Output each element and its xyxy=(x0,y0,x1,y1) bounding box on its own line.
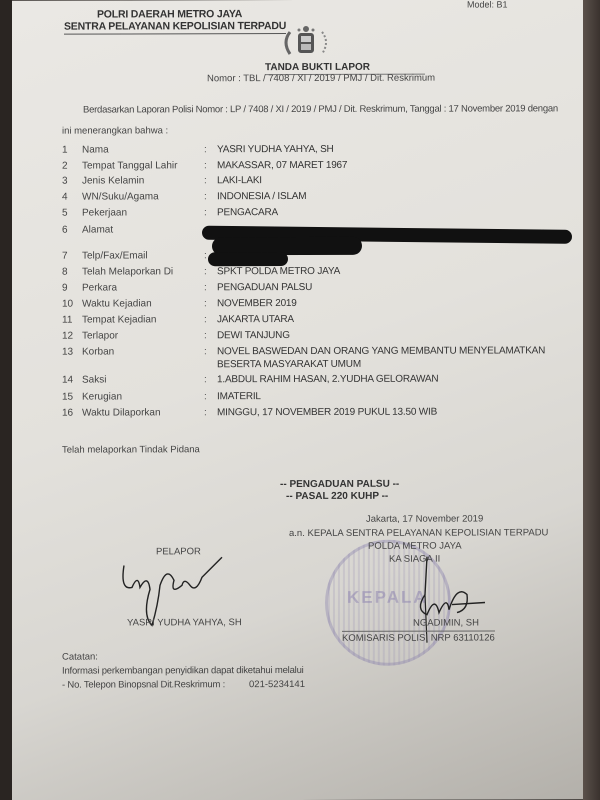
field-label: Telp/Fax/Email xyxy=(82,250,148,261)
field-label: Terlapor xyxy=(82,330,118,341)
notes-phone-label: - No. Telepon Binopsnal Dit.Reskrimum : xyxy=(62,679,225,690)
field-value: DEWI TANJUNG xyxy=(217,330,290,341)
field-label: Pekerjaan xyxy=(82,207,127,218)
intro-line-1: Berdasarkan Laporan Polisi Nomor : LP / … xyxy=(83,103,558,115)
org-line-1: POLRI DAERAH METRO JAYA xyxy=(97,8,242,20)
field-number: 2 xyxy=(62,161,82,172)
police-emblem-icon xyxy=(280,24,332,60)
unit-name: POLDA METRO JAYA xyxy=(368,541,462,552)
field-value: MAKASSAR, 07 MARET 1967 xyxy=(217,160,347,171)
field-value: 1.ABDUL RAHIM HASAN, 2.YUDHA GELORAWAN xyxy=(217,374,438,386)
field-number: 11 xyxy=(62,315,82,326)
field-colon: : xyxy=(204,407,207,418)
field-colon: : xyxy=(204,346,207,357)
field-label: Tempat Tanggal Lahir xyxy=(82,160,177,171)
field-number: 8 xyxy=(62,267,82,278)
field-label: Waktu Dilaporkan xyxy=(82,407,161,418)
field-colon: : xyxy=(204,282,207,293)
field-value: MINGGU, 17 NOVEMBER 2019 PUKUL 13.50 WIB xyxy=(217,407,437,419)
case-line-1: -- PENGADUAN PALSU -- xyxy=(280,479,399,490)
field-value: LAKI-LAKI xyxy=(217,175,262,186)
field-label: Tempat Kejadian xyxy=(82,314,157,325)
field-value: YASRI YUDHA YAHYA, SH xyxy=(217,144,334,155)
field-value: PENGACARA xyxy=(217,207,278,218)
field-label: WN/Suku/Agama xyxy=(82,191,159,202)
intro-line-2: ini menerangkan bahwa : xyxy=(62,125,168,136)
field-number: 4 xyxy=(62,192,82,203)
field-value: PENGADUAN PALSU xyxy=(217,282,312,293)
field-colon: : xyxy=(204,207,207,218)
place-date: Jakarta, 17 November 2019 xyxy=(366,514,483,525)
field-colon: : xyxy=(204,314,207,325)
report-paper: POLRI DAERAH METRO JAYA SENTRA PELAYANAN… xyxy=(12,0,583,800)
background-edge xyxy=(583,0,600,800)
field-value: INDONESIA / ISLAM xyxy=(217,191,306,202)
field-label: Kerugian xyxy=(82,391,122,402)
field-number: 13 xyxy=(62,347,82,358)
field-value: NOVEMBER 2019 xyxy=(217,298,297,309)
field-number: 14 xyxy=(62,375,82,386)
document-number: Nomor : TBL / 7408 / XI / 2019 / PMJ / D… xyxy=(207,73,435,85)
field-number: 7 xyxy=(62,251,82,262)
field-number: 9 xyxy=(62,283,82,294)
field-label: Korban xyxy=(82,346,114,357)
field-number: 1 xyxy=(62,145,82,156)
field-number: 16 xyxy=(62,408,82,419)
field-value: JAKARTA UTARA xyxy=(217,314,294,325)
field-label: Saksi xyxy=(82,375,106,386)
field-colon: : xyxy=(204,298,207,309)
case-line-2: -- PASAL 220 KUHP -- xyxy=(286,491,388,502)
notes-title: Catatan: xyxy=(62,652,98,663)
field-number: 5 xyxy=(62,208,82,219)
reporter-name: YASRI YUDHA YAHYA, SH xyxy=(127,617,242,628)
field-number: 10 xyxy=(62,299,82,310)
field-value-continued: BESERTA MASYARAKAT UMUM xyxy=(217,359,361,370)
officer-name: NGADIMIN, SH xyxy=(413,618,479,629)
field-colon: : xyxy=(204,175,207,186)
field-label: Waktu Kejadian xyxy=(82,298,152,309)
on-behalf-of: a.n. KEPALA SENTRA PELAYANAN KEPOLISIAN … xyxy=(289,527,548,539)
field-value: NOVEL BASWEDAN DAN ORANG YANG MEMBANTU M… xyxy=(217,345,545,357)
field-colon: : xyxy=(204,391,207,402)
field-colon: : xyxy=(204,160,207,171)
redaction-mark xyxy=(208,252,288,266)
field-colon: : xyxy=(204,144,207,155)
field-label: Perkara xyxy=(82,282,117,293)
field-number: 6 xyxy=(62,225,82,236)
field-number: 12 xyxy=(62,331,82,342)
field-label: Alamat xyxy=(82,224,113,235)
org-line-2: SENTRA PELAYANAN KEPOLISIAN TERPADU xyxy=(64,20,286,35)
field-label: Telah Melaporkan Di xyxy=(82,266,173,277)
field-colon: : xyxy=(204,374,207,385)
field-colon: : xyxy=(204,191,207,202)
field-value: SPKT POLDA METRO JAYA xyxy=(217,266,340,277)
notes-phone-number: 021-5234141 xyxy=(249,679,305,690)
field-label: Jenis Kelamin xyxy=(82,175,144,186)
officer-rank: KOMISARIS POLISI NRP 63110126 xyxy=(342,630,495,643)
field-number: 3 xyxy=(62,176,82,187)
model-code: Model: B1 xyxy=(467,0,508,10)
field-label: Nama xyxy=(82,144,109,155)
field-colon: : xyxy=(204,250,207,261)
notes-line-1: Informasi perkembangan penyidikan dapat … xyxy=(62,665,304,677)
field-number: 15 xyxy=(62,392,82,403)
closing-text: Telah melaporkan Tindak Pidana xyxy=(62,444,200,455)
field-colon: : xyxy=(204,330,207,341)
field-colon: : xyxy=(204,266,207,277)
field-value: IMATERIL xyxy=(217,391,261,402)
